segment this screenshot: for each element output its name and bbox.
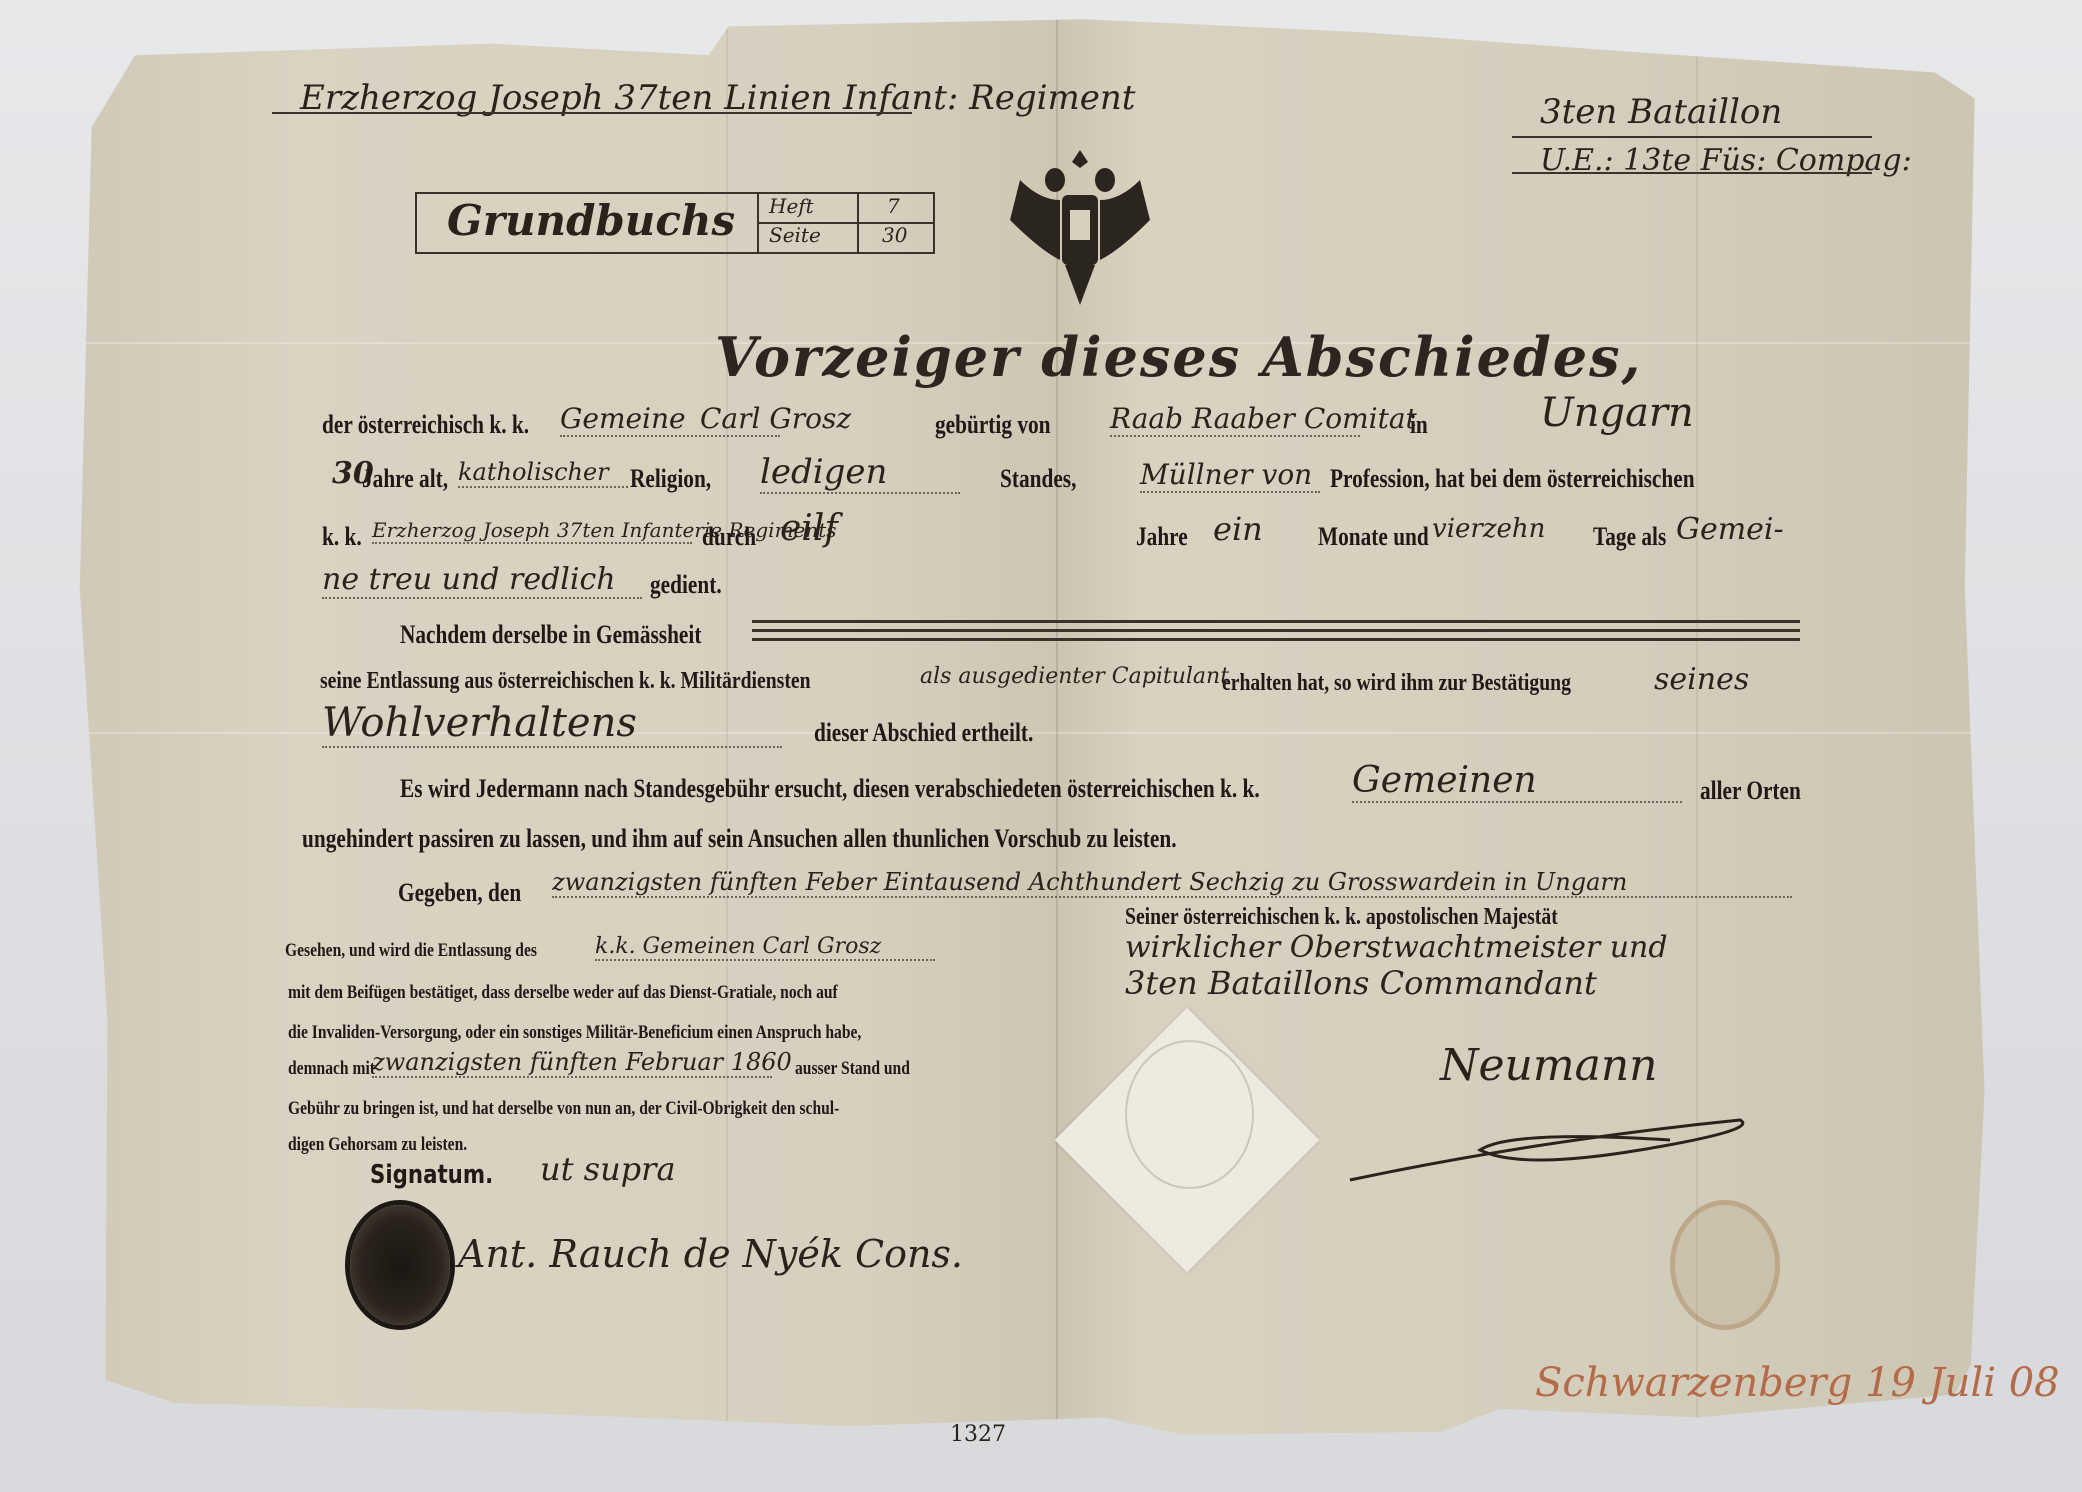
printed-text: seine Entlassung aus österreichischen k.… [320,668,811,695]
heft-label: Heft [769,194,814,218]
grundbuch-box: Grundbuchs Heft 7 Seite 30 [415,192,935,254]
regiment-underline [272,112,912,114]
rank-field-2: Gemeinen [1352,760,1682,803]
issue-date-place-field: zwanzigsten fünften Feber Eintausend Ach… [552,868,1792,898]
religion-field: katholischer [458,458,628,488]
printed-text: gebürtig von [935,410,1050,440]
seite-value: 30 [882,223,907,247]
profession-field: Müllner von [1140,458,1320,493]
signature-flourish [1340,1100,1760,1200]
printed-text: der österreichisch k. k. [322,410,529,440]
signatum-handwritten: ut supra [540,1150,676,1188]
regiment-field: Erzherzog Joseph 37ten Infanterie Regime… [372,518,692,544]
company-underline [1512,172,1872,174]
printed-text: Profession, hat bei dem österreichischen [1330,464,1695,494]
printed-text: k. k. [322,522,362,552]
printed-text: Gegeben, den [398,878,521,908]
printed-text: Gebühr zu bringen ist, und hat derselbe … [288,1098,839,1120]
printed-text: Es wird Jedermann nach Standesgebühr ers… [400,774,1260,804]
endorsed-soldier-field: k.k. Gemeinen Carl Grosz [595,934,935,961]
seite-label: Seite [769,223,821,247]
birthplace-field: Raab Raaber Comitat [1110,402,1360,437]
commander-signature: Neumann [1440,1040,1658,1091]
printed-text: in [1410,410,1428,440]
months-field: ein [1213,510,1263,548]
double-headed-eagle-icon [1000,140,1160,315]
discharge-date-field: zwanzigsten fünften Februar 1860 [372,1048,772,1078]
printed-text: gedient. [650,570,722,600]
printed-text: Tage als [1593,522,1666,552]
discharge-reason-field: als ausgedienter Capitulant [920,664,1229,689]
service-conduct-field: ne treu und redlich [322,562,642,599]
printed-text: Seiner österreichischen k. k. apostolisc… [1125,904,1558,931]
soldier-given-name: Carl Grosz [700,402,851,435]
red-pencil-annotation: Schwarzenberg 19 Juli 08 [1535,1360,2060,1406]
printed-text: aller Orten [1700,776,1801,806]
days-field: vierzehn [1432,514,1545,544]
struck-through-lines [752,620,1800,647]
marital-status-field: ledigen [760,452,960,494]
printed-text: Jahre [1136,522,1188,552]
ink-stamp-eagle-icon [345,1200,455,1330]
conduct-field-b: Wohlverhaltens [322,700,782,748]
officer-rank-field: wirklicher Oberstwachtmeister und [1125,930,1668,965]
printed-text: Nachdem derselbe in Gemässheit [400,620,701,650]
printed-text: Religion, [630,464,711,494]
printed-text: dieser Abschied ertheilt. [814,718,1033,748]
printed-text: durch [702,522,756,552]
printed-text: erhalten hat, so wird ihm zur Bestätigun… [1222,670,1571,697]
officer-command-field: 3ten Bataillons Commandant [1125,964,1597,1002]
battalion-header: 3ten Bataillon [1540,92,1782,132]
printed-text: Monate und [1318,522,1429,552]
grundbuch-label: Grundbuchs [447,196,735,245]
printed-text: die Invaliden-Versorgung, oder ein sonst… [288,1022,861,1044]
printed-text: Standes, [1000,464,1076,494]
document-title: Vorzeiger dieses Abschiedes, [715,325,1642,389]
battalion-underline [1512,136,1872,138]
printed-text: mit dem Beifügen bestätiget, dass dersel… [288,982,838,1004]
left-signature: Ant. Rauch de Nyék Cons. [458,1232,963,1276]
catalog-number: 1327 [950,1422,1006,1447]
served-as-field: Gemei- [1676,512,1784,547]
conduct-field-a: seines [1654,662,1749,697]
country-field: Ungarn [1540,390,1694,436]
printed-text: digen Gehorsam zu leisten. [288,1134,467,1156]
embossed-eagle-icon [1125,1040,1254,1189]
signatum-label: Signatum. [370,1160,493,1190]
printed-text: Jahre alt, [362,464,448,494]
heft-value: 7 [887,194,900,218]
printed-text: Gesehen, und wird die Entlassung des [285,940,537,962]
faded-stamp [1670,1200,1780,1330]
printed-text: demnach mit [288,1058,375,1080]
printed-text: ungehindert passiren zu lassen, und ihm … [302,824,1177,854]
printed-text: ausser Stand und [795,1058,910,1080]
years-field: eilf [780,508,838,549]
